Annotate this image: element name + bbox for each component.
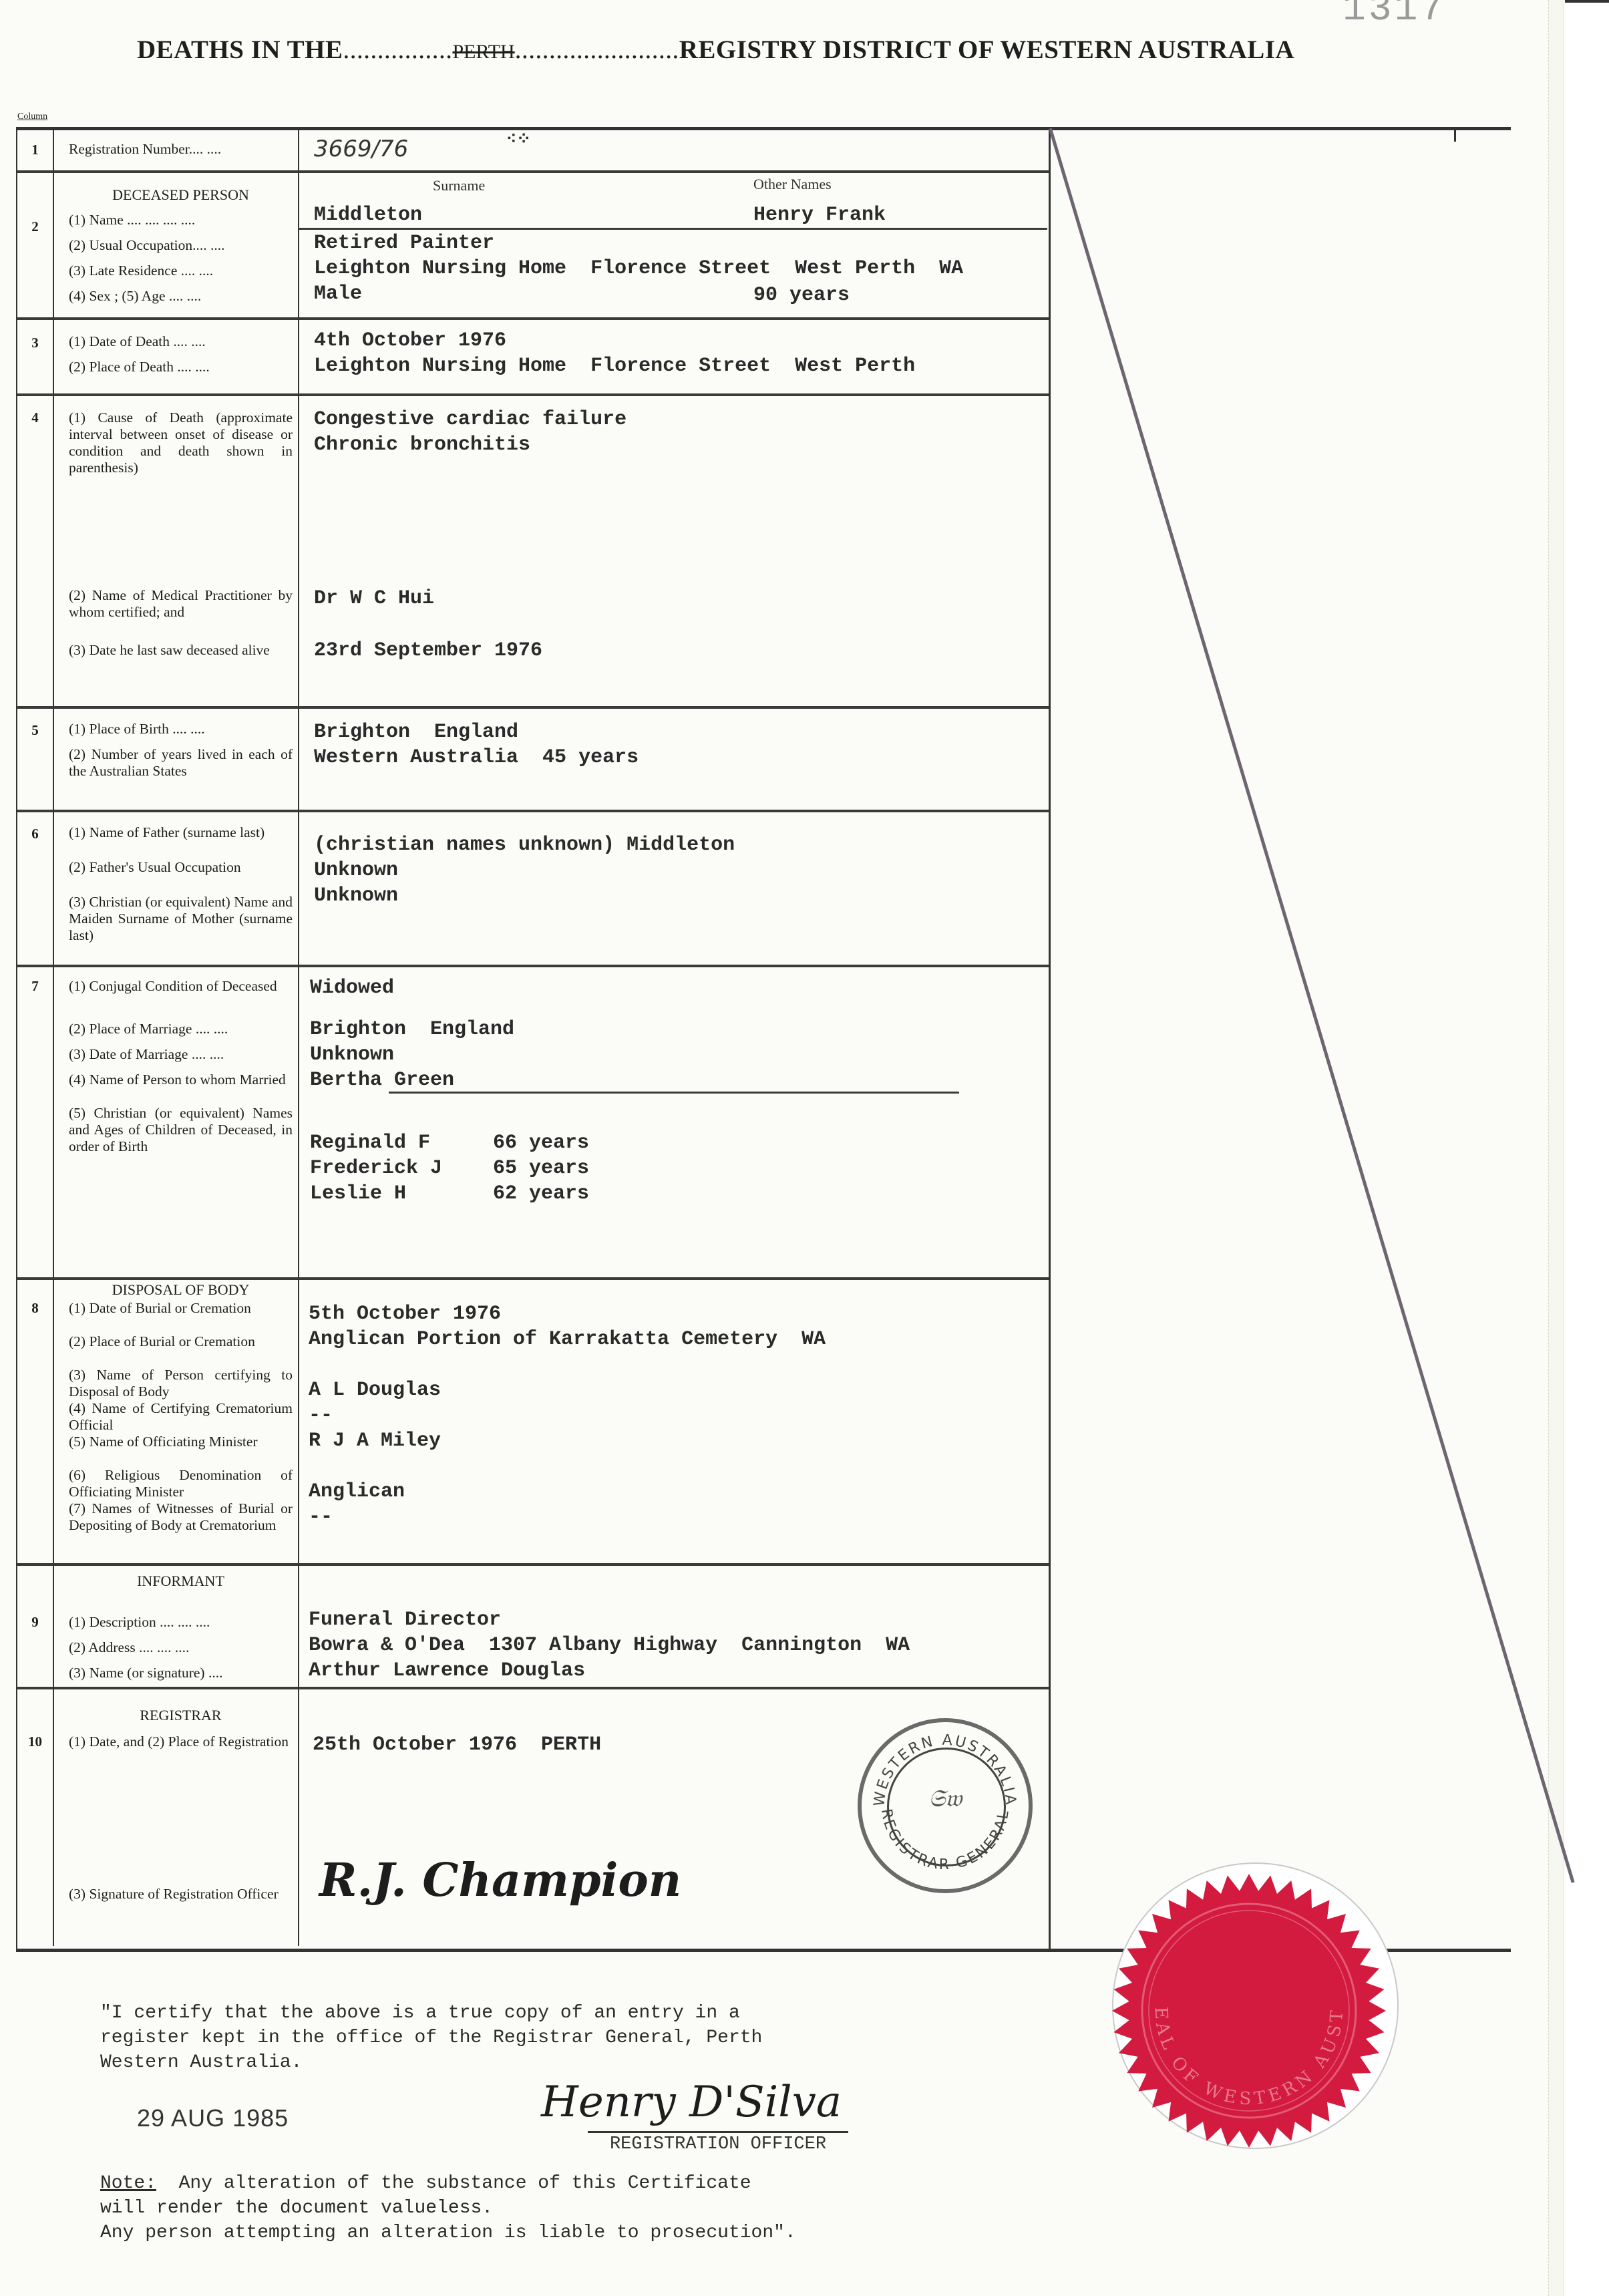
years-in-states-value: Western Australia 45 years xyxy=(314,746,639,769)
label-spouse: (4) Name of Person to whom Married xyxy=(69,1072,293,1088)
paper-edge xyxy=(1548,0,1564,2296)
informant-name-value: Arthur Lawrence Douglas xyxy=(309,1659,585,1682)
row-cause-of-death: 4 (1) Cause of Death (approximate interv… xyxy=(17,393,1049,709)
label-children: (5) Christian (or equivalent) Names and … xyxy=(69,1105,293,1155)
label-name: (1) Name .... .... .... .... xyxy=(69,212,293,228)
row-values: 5th October 1976 Anglican Portion of Kar… xyxy=(299,1277,1047,1563)
row-labels: (1) Name of Father (surname last) (2) Fa… xyxy=(54,810,299,965)
row-values: Congestive cardiac failure Chronic bronc… xyxy=(299,393,1047,706)
row-registration: 1 Registration Number.... .... 3669/76 ⁖… xyxy=(17,129,1049,173)
title-prefix: DEATHS IN THE xyxy=(137,35,343,64)
row-informant: 9 INFORMANT (1) Description .... .... ..… xyxy=(17,1563,1049,1689)
row-values: Brighton England Western Australia 45 ye… xyxy=(299,706,1047,810)
informant-address-value: Bowra & O'Dea 1307 Albany Highway Cannin… xyxy=(309,1634,910,1657)
label-date-of-marriage: (3) Date of Marriage .... .... xyxy=(69,1046,293,1063)
surname-value: Middleton xyxy=(314,204,422,226)
row-death-details: 3 (1) Date of Death .... .... (2) Place … xyxy=(17,317,1049,396)
child-age: 66 years xyxy=(493,1132,589,1154)
label-place-of-marriage: (2) Place of Marriage .... .... xyxy=(69,1021,293,1037)
row-number: 7 xyxy=(17,965,54,1277)
row-number: 2 xyxy=(17,170,54,317)
officer-signature: Henry D'Silva xyxy=(541,2078,842,2127)
label-mother-name: (3) Christian (or equivalent) Name and M… xyxy=(69,894,293,944)
row-number: 8 xyxy=(17,1277,54,1563)
registrar-general-stamp: WESTERN AUSTRALIA REGISTRAR GENERAL 𝔖𝔴 xyxy=(858,1718,1033,1893)
row-values: (christian names unknown) Middleton Unkn… xyxy=(299,810,1047,965)
label-date-last-seen: (3) Date he last saw deceased alive xyxy=(69,642,293,659)
witnesses-value: -- xyxy=(309,1506,333,1528)
place-of-birth-value: Brighton England xyxy=(314,721,518,744)
conjugal-condition-value: Widowed xyxy=(310,977,394,999)
occupation-value: Retired Painter xyxy=(314,232,494,255)
row-values: 3669/76 ⁖⁘ xyxy=(299,129,1047,170)
label-registrar-signature: (3) Signature of Registration Officer xyxy=(69,1886,293,1903)
header-surname: Surname xyxy=(433,177,485,194)
column-label: Column xyxy=(17,112,47,122)
section-heading-informant: INFORMANT xyxy=(69,1573,293,1589)
label-sex-age: (4) Sex ; (5) Age .... .... xyxy=(69,288,293,305)
officiating-minister-value: R J A Miley xyxy=(309,1430,441,1452)
father-occupation-value: Unknown xyxy=(314,859,398,882)
tick-mark xyxy=(1454,127,1456,142)
name-underline xyxy=(299,228,1047,230)
label-description: (1) Description .... .... .... xyxy=(69,1614,293,1631)
document-title: DEATHS IN THE................PERTH......… xyxy=(137,35,1406,65)
date-of-death-value: 4th October 1976 xyxy=(314,329,506,352)
place-of-burial-value: Anglican Portion of Karrakatta Cemetery … xyxy=(309,1328,826,1351)
age-value: 90 years xyxy=(753,284,850,307)
row-labels: (1) Conjugal Condition of Deceased (2) P… xyxy=(54,965,299,1277)
label-father-name: (1) Name of Father (surname last) xyxy=(69,824,293,841)
registration-date-place-value: 25th October 1976 PERTH xyxy=(313,1734,601,1756)
row-labels: INFORMANT (1) Description .... .... ....… xyxy=(54,1563,299,1687)
registration-officer-title: REGISTRATION OFFICER xyxy=(588,2131,848,2154)
label-conjugal-condition: (1) Conjugal Condition of Deceased xyxy=(69,978,293,995)
residence-value: Leighton Nursing Home Florence Street We… xyxy=(314,257,963,280)
edge-tab xyxy=(1565,0,1609,3)
row-labels: DISPOSAL OF BODY (1) Date of Burial or C… xyxy=(54,1277,299,1563)
label-registration-date-place: (1) Date, and (2) Place of Registration xyxy=(69,1734,293,1750)
denomination-value: Anglican xyxy=(309,1480,405,1503)
label-cause-of-death: (1) Cause of Death (approximate interval… xyxy=(69,409,293,476)
crematorium-official-value: -- xyxy=(309,1404,333,1427)
label-place-of-burial: (2) Place of Burial or Cremation xyxy=(69,1333,293,1350)
certifying-person-value: A L Douglas xyxy=(309,1379,441,1402)
row-values: Widowed Brighton England Unknown Bertha … xyxy=(299,965,1047,1277)
child-age: 62 years xyxy=(493,1182,589,1205)
section-heading-registrar: REGISTRAR xyxy=(69,1707,293,1724)
row-parents: 6 (1) Name of Father (surname last) (2) … xyxy=(17,810,1049,967)
date-of-burial-value: 5th October 1976 xyxy=(309,1303,501,1325)
spouse-value: Bertha Green xyxy=(310,1069,454,1092)
row-disposal: 8 DISPOSAL OF BODY (1) Date of Burial or… xyxy=(17,1277,1049,1566)
date-of-marriage-value: Unknown xyxy=(310,1043,394,1066)
cause-of-death-secondary: Chronic bronchitis xyxy=(314,434,530,456)
row-labels: (1) Date of Death .... .... (2) Place of… xyxy=(54,317,299,393)
cause-of-death-primary: Congestive cardiac failure xyxy=(314,408,627,431)
label-officiating-minister: (5) Name of Officiating Minister xyxy=(69,1434,293,1450)
label-date-of-burial: (1) Date of Burial or Cremation xyxy=(69,1300,293,1317)
section-heading-deceased: DECEASED PERSON xyxy=(69,186,293,203)
sex-value: Male xyxy=(314,283,362,305)
spouse-underline xyxy=(389,1092,959,1094)
swan-emblem-icon: 𝔖𝔴 xyxy=(908,1776,982,1822)
red-seal-icon: THE SEAL OF WESTERN AUSTRALIA xyxy=(1109,1870,1389,2151)
row-number: 1 xyxy=(17,129,54,170)
label-denomination: (6) Religious Denomination of Officiatin… xyxy=(69,1467,293,1500)
title-dots-after: ........................ xyxy=(515,35,679,64)
alteration-note: Note: Any alteration of the substance of… xyxy=(100,2171,968,2245)
title-dots-before: ................ xyxy=(343,35,452,64)
label-crematorium-official: (4) Name of Certifying Crematorium Offic… xyxy=(69,1400,293,1434)
label-informant-name: (3) Name (or signature) .... xyxy=(69,1665,293,1681)
mother-name-value: Unknown xyxy=(314,884,398,907)
registrar-signature: R.J. Champion xyxy=(319,1854,681,1907)
date-last-seen-value: 23rd September 1976 xyxy=(314,639,542,662)
row-number: 5 xyxy=(17,706,54,810)
row-birth: 5 (1) Place of Birth .... .... (2) Numbe… xyxy=(17,706,1049,812)
handwritten-marks: ⁖⁘ xyxy=(506,129,531,150)
label-registration-number: Registration Number.... .... xyxy=(69,141,293,158)
other-names-value: Henry Frank xyxy=(753,204,886,226)
row-number: 3 xyxy=(17,317,54,393)
place-of-marriage-value: Brighton England xyxy=(310,1018,514,1041)
certification-date-stamp: 29 AUG 1985 xyxy=(137,2104,289,2132)
place-of-death-value: Leighton Nursing Home Florence Street We… xyxy=(314,355,915,377)
child-age: 65 years xyxy=(493,1157,589,1180)
label-medical-practitioner: (2) Name of Medical Practitioner by whom… xyxy=(69,587,293,621)
label-residence: (3) Late Residence .... .... xyxy=(69,263,293,279)
row-number: 10 xyxy=(17,1687,54,1946)
title-suffix: REGISTRY DISTRICT OF WESTERN AUSTRALIA xyxy=(679,35,1294,64)
medical-practitioner-value: Dr W C Hui xyxy=(314,587,434,610)
row-deceased-person: 2 DECEASED PERSON (1) Name .... .... ...… xyxy=(17,170,1049,320)
row-labels: DECEASED PERSON (1) Name .... .... .... … xyxy=(54,170,299,317)
label-certifying-person: (3) Name of Person certifying to Disposa… xyxy=(69,1367,293,1400)
row-number: 6 xyxy=(17,810,54,965)
serial-number: 1317 xyxy=(1343,0,1446,31)
label-father-occupation: (2) Father's Usual Occupation xyxy=(69,859,293,876)
informant-description-value: Funeral Director xyxy=(309,1609,501,1631)
title-district: PERTH xyxy=(452,41,514,63)
certification-statement: "I certify that the above is a true copy… xyxy=(100,2001,902,2075)
section-heading-disposal: DISPOSAL OF BODY xyxy=(69,1281,293,1298)
row-values: Surname Other Names Middleton Henry Fran… xyxy=(299,170,1047,317)
row-number: 4 xyxy=(17,393,54,706)
header-other-names: Other Names xyxy=(753,176,832,193)
registration-number: 3669/76 xyxy=(314,136,408,162)
row-values: 4th October 1976 Leighton Nursing Home F… xyxy=(299,317,1047,393)
label-years-in-states: (2) Number of years lived in each of the… xyxy=(69,746,293,780)
row-labels: (1) Place of Birth .... .... (2) Number … xyxy=(54,706,299,810)
note-text: Any alteration of the substance of this … xyxy=(100,2173,796,2243)
label-witnesses: (7) Names of Witnesses of Burial or Depo… xyxy=(69,1500,293,1534)
row-labels: Registration Number.... .... xyxy=(54,129,299,170)
label-date-of-death: (1) Date of Death .... .... xyxy=(69,333,293,350)
row-labels: (1) Cause of Death (approximate interval… xyxy=(54,393,299,706)
child-name: Reginald F xyxy=(310,1132,430,1154)
father-name-value: (christian names unknown) Middleton xyxy=(314,834,735,856)
label-address: (2) Address .... .... .... xyxy=(69,1639,293,1656)
label-place-of-death: (2) Place of Death .... .... xyxy=(69,359,293,375)
note-label: Note: xyxy=(100,2173,156,2194)
row-number: 9 xyxy=(17,1563,54,1687)
label-place-of-birth: (1) Place of Birth .... .... xyxy=(69,721,293,737)
row-marriage: 7 (1) Conjugal Condition of Deceased (2)… xyxy=(17,965,1049,1280)
child-name: Frederick J xyxy=(310,1157,442,1180)
row-values: Funeral Director Bowra & O'Dea 1307 Alba… xyxy=(299,1563,1047,1687)
death-register-form: 1 Registration Number.... .... 3669/76 ⁖… xyxy=(16,129,1051,1949)
child-name: Leslie H xyxy=(310,1182,406,1205)
label-occupation: (2) Usual Occupation.... .... xyxy=(69,237,293,254)
row-labels: REGISTRAR (1) Date, and (2) Place of Reg… xyxy=(54,1687,299,1946)
